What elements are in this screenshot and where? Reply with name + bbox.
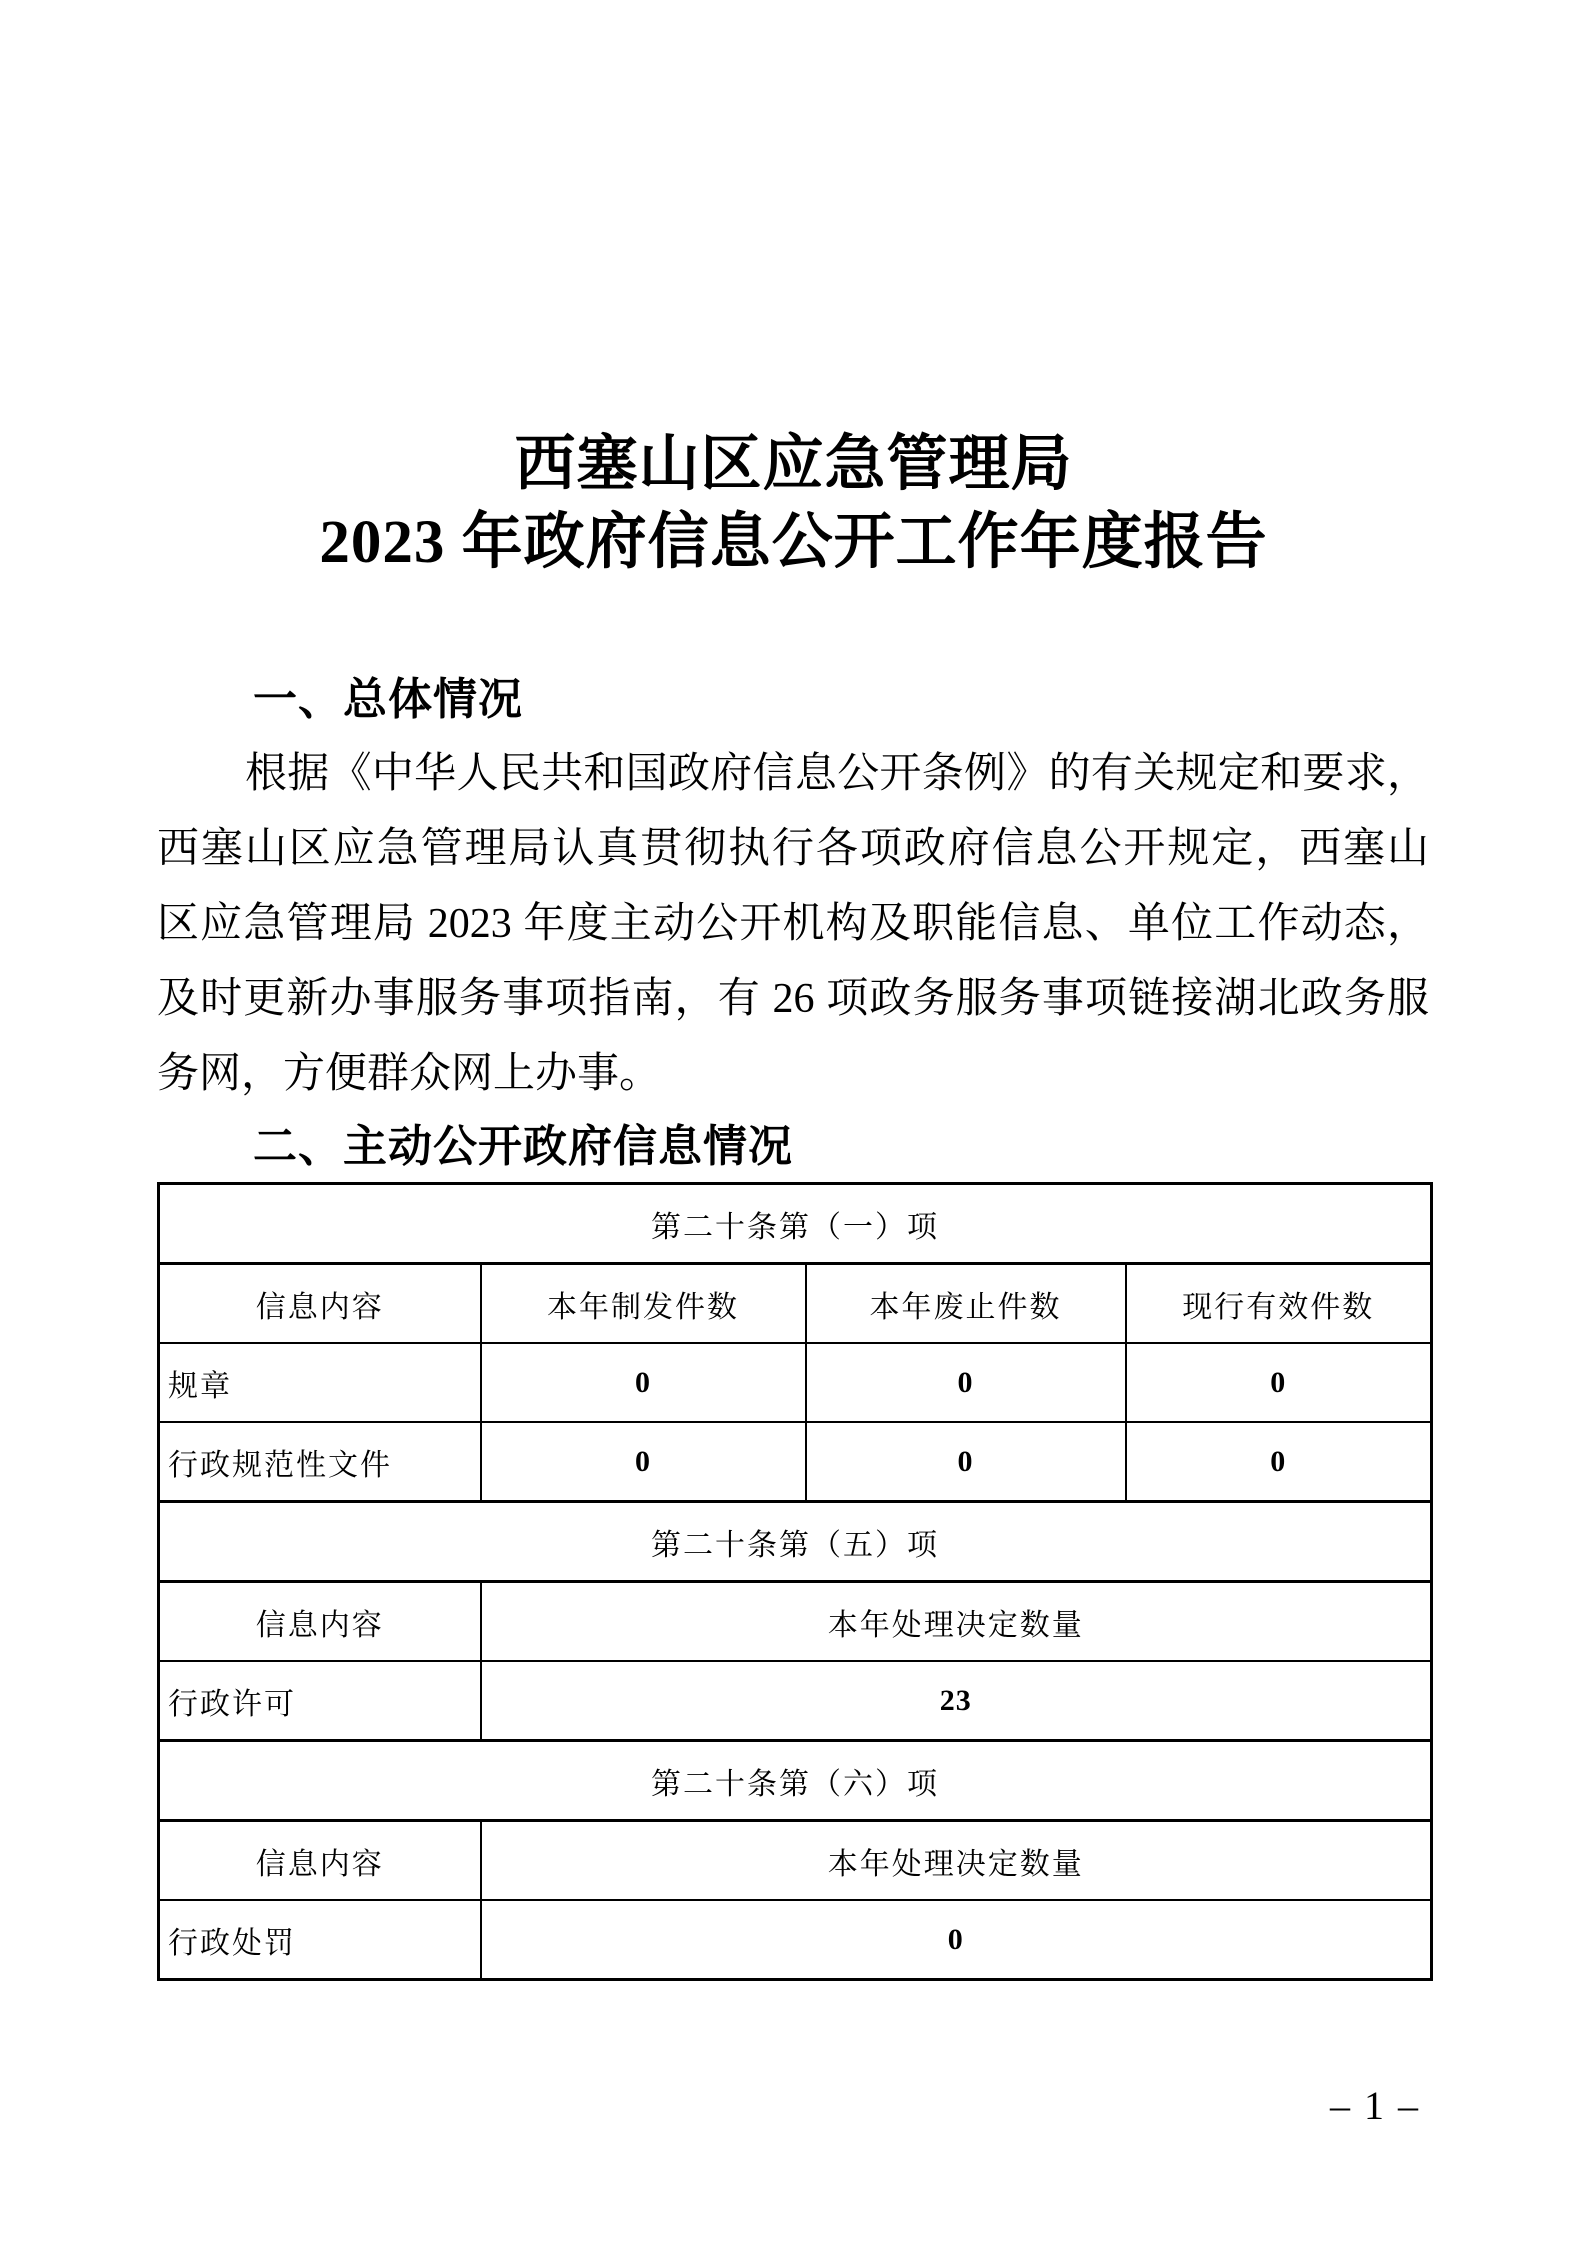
- table-cell: 0: [481, 1900, 1432, 1980]
- disclosure-table-body: 第二十条第（一）项信息内容本年制发件数本年废止件数现行有效件数规章000行政规范…: [159, 1184, 1432, 1980]
- table-cell: 0: [481, 1343, 806, 1422]
- table-cell: 本年处理决定数量: [481, 1582, 1432, 1662]
- table-cell: 本年处理决定数量: [481, 1821, 1432, 1901]
- table-row: 行政许可23: [159, 1661, 1432, 1741]
- document-title: 西塞山区应急管理局 2023 年政府信息公开工作年度报告: [0, 426, 1587, 582]
- table-cell: 信息内容: [159, 1264, 481, 1344]
- document-page: 西塞山区应急管理局 2023 年政府信息公开工作年度报告 一、总体情况 根据《中…: [0, 0, 1587, 2245]
- table-cell: 0: [806, 1343, 1126, 1422]
- table-row: 行政规范性文件000: [159, 1422, 1432, 1502]
- page-number: – 1 –: [1330, 2082, 1420, 2130]
- section-overview-heading: 一、总体情况: [157, 662, 1429, 737]
- disclosure-table: 第二十条第（一）项信息内容本年制发件数本年废止件数现行有效件数规章000行政规范…: [157, 1182, 1433, 1981]
- table-cell: 第二十条第（五）项: [159, 1502, 1432, 1582]
- paragraph-line: 及时更新办事服务事项指南，有 26 项政务服务事项链接湖北政务服: [157, 962, 1429, 1037]
- table-cell: 23: [481, 1661, 1432, 1741]
- table-cell: 行政许可: [159, 1661, 481, 1741]
- table-cell: 本年废止件数: [806, 1264, 1126, 1344]
- section-disclosure-heading: 二、主动公开政府信息情况: [157, 1112, 1429, 1182]
- table-cell: 第二十条第（六）项: [159, 1741, 1432, 1821]
- overview-paragraph: 根据《中华人民共和国政府信息公开条例》的有关规定和要求， 西塞山区应急管理局认真…: [157, 737, 1429, 1112]
- table-row: 行政处罚0: [159, 1900, 1432, 1980]
- table-cell: 行政处罚: [159, 1900, 481, 1980]
- table-cell: 信息内容: [159, 1582, 481, 1662]
- table-row: 规章000: [159, 1343, 1432, 1422]
- table-cell: 0: [1126, 1343, 1432, 1422]
- document-title-line2: 2023 年政府信息公开工作年度报告: [0, 504, 1587, 582]
- document-title-line1: 西塞山区应急管理局: [0, 426, 1587, 504]
- table-cell: 现行有效件数: [1126, 1264, 1432, 1344]
- table-row: 信息内容本年制发件数本年废止件数现行有效件数: [159, 1264, 1432, 1344]
- table-cell: 本年制发件数: [481, 1264, 806, 1344]
- table-section-row: 第二十条第（六）项: [159, 1741, 1432, 1821]
- table-section-row: 第二十条第（一）项: [159, 1184, 1432, 1264]
- table-row: 信息内容本年处理决定数量: [159, 1582, 1432, 1662]
- table-cell: 第二十条第（一）项: [159, 1184, 1432, 1264]
- table-cell: 0: [481, 1422, 806, 1502]
- table-cell: 行政规范性文件: [159, 1422, 481, 1502]
- table-cell: 0: [806, 1422, 1126, 1502]
- table-section-row: 第二十条第（五）项: [159, 1502, 1432, 1582]
- paragraph-line: 务网，方便群众网上办事。: [157, 1037, 1429, 1112]
- table-cell: 规章: [159, 1343, 481, 1422]
- paragraph-line: 根据《中华人民共和国政府信息公开条例》的有关规定和要求，: [157, 737, 1429, 812]
- table-row: 信息内容本年处理决定数量: [159, 1821, 1432, 1901]
- paragraph-line: 区应急管理局 2023 年度主动公开机构及职能信息、单位工作动态，: [157, 887, 1429, 962]
- table-cell: 信息内容: [159, 1821, 481, 1901]
- table-cell: 0: [1126, 1422, 1432, 1502]
- paragraph-line: 西塞山区应急管理局认真贯彻执行各项政府信息公开规定，西塞山: [157, 812, 1429, 887]
